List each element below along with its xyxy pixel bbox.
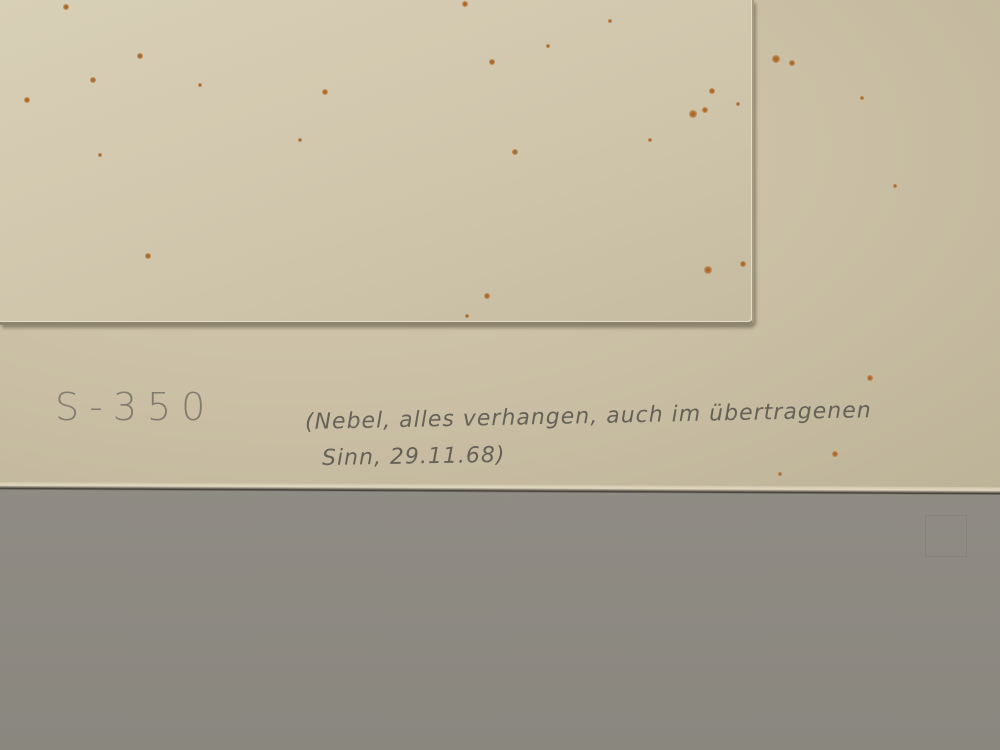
foxing-spot <box>98 153 102 157</box>
foxing-spot <box>465 314 469 318</box>
foxing-spot <box>512 149 518 155</box>
foxing-spot <box>546 44 550 48</box>
foxing-spot <box>702 107 708 113</box>
foxing-spot <box>740 261 746 267</box>
foxing-spot <box>736 102 740 106</box>
foxing-spot <box>145 253 151 259</box>
foxing-spot <box>90 77 96 83</box>
foxing-spot <box>198 83 202 87</box>
foxing-spot <box>867 375 873 381</box>
foxing-spot <box>893 184 897 188</box>
foxing-spot <box>462 1 468 7</box>
foxing-spot <box>484 293 490 299</box>
foxing-spot <box>63 4 69 10</box>
foxing-spot <box>137 53 143 59</box>
foxing-spot <box>704 266 712 274</box>
foxing-spot <box>772 55 780 63</box>
foxing-spot <box>709 88 715 94</box>
foxing-spot <box>860 96 864 100</box>
foxing-spot <box>789 60 795 66</box>
foxing-spot <box>608 19 612 23</box>
catalog-number: S-350 <box>55 385 215 429</box>
pencil-note-line-1: (Nebel, alles verhangen, auch im übertra… <box>305 398 872 435</box>
foxing-spot <box>648 138 652 142</box>
foxing-spot <box>298 138 302 142</box>
foxing-spot <box>689 110 697 118</box>
foxing-spot <box>778 472 782 476</box>
foxing-spot <box>322 89 328 95</box>
foxing-spot <box>489 59 495 65</box>
paper-sheet: S-350 (Nebel, alles verhangen, auch im ü… <box>0 0 1000 490</box>
pencil-note-line-2: Sinn, 29.11.68) <box>322 443 506 471</box>
foxing-spot <box>24 97 30 103</box>
foxing-spot <box>832 451 838 457</box>
faint-backing-mark <box>925 515 967 557</box>
etching-plate-mark <box>0 0 754 325</box>
